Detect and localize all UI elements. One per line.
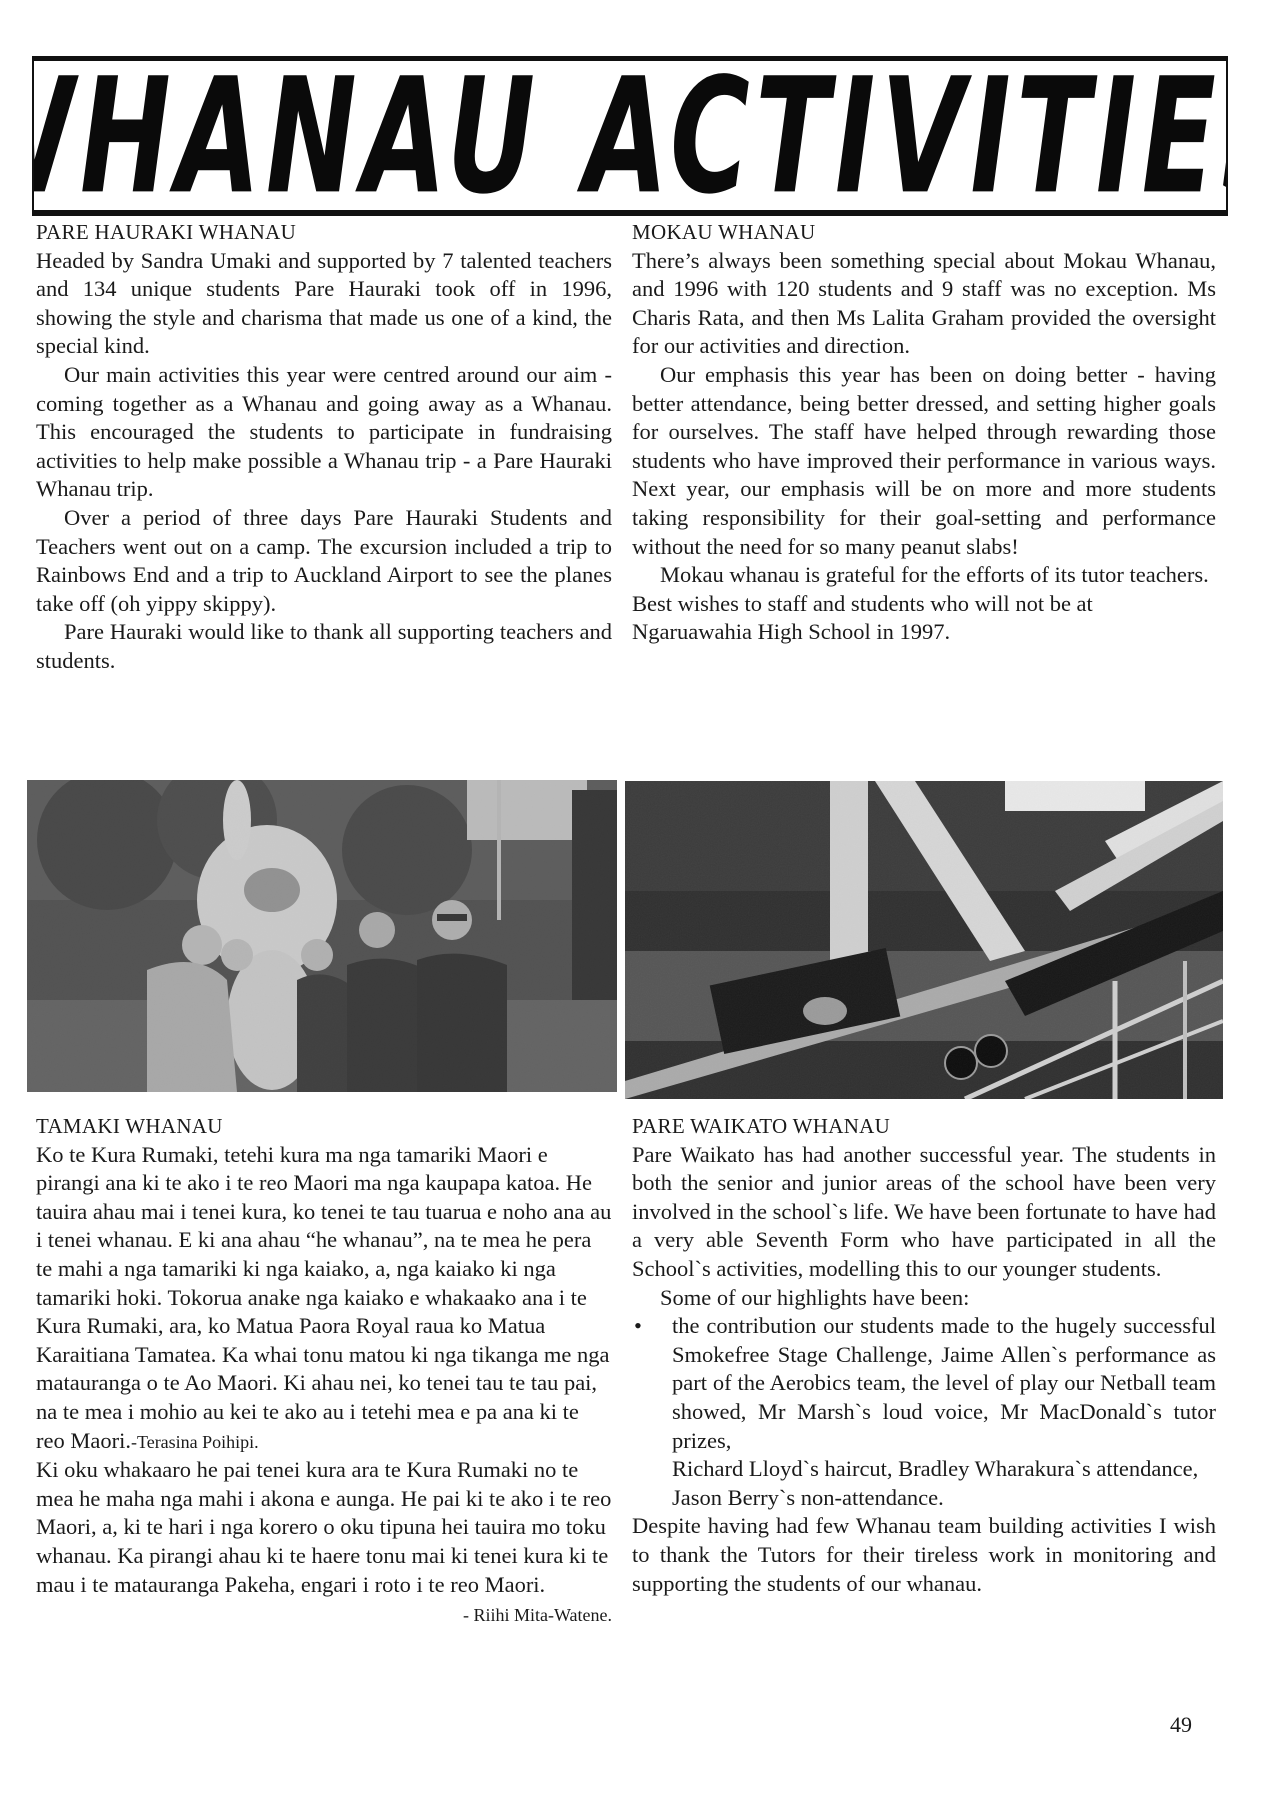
section-heading: PARE HAURAKI WHANAU [36, 218, 612, 247]
paragraph: Ki oku whakaaro he pai tenei kura ara te… [36, 1456, 612, 1599]
attribution: - Riihi Mita-Watene. [463, 1601, 612, 1630]
paragraph: Some of our highlights have been: [632, 1284, 1216, 1313]
highlight-list-item: • the contribution our students made to … [632, 1312, 1216, 1455]
section-tamaki: TAMAKI WHANAU Ko te Kura Rumaki, tetehi … [36, 1112, 612, 1630]
section-heading: TAMAKI WHANAU [36, 1112, 612, 1141]
section-heading: MOKAU WHANAU [632, 218, 1216, 247]
mascot-group-photo-icon [27, 780, 617, 1092]
section-pare-hauraki: PARE HAURAKI WHANAU Headed by Sandra Uma… [36, 218, 612, 676]
paragraph: Ko te Kura Rumaki, tetehi kura ma nga ta… [36, 1141, 612, 1457]
paragraph: Over a period of three days Pare Hauraki… [36, 504, 612, 618]
paragraph: Our main activities this year were centr… [36, 361, 612, 504]
paragraph: Pare Hauraki would like to thank all sup… [36, 618, 612, 675]
paragraph: There’s always been something special ab… [632, 247, 1216, 361]
banner-title: WHANAU ACTIVITIES [32, 56, 1228, 215]
photo-roller-coaster [625, 781, 1223, 1099]
section-heading: PARE WAIKATO WHANAU [632, 1112, 1216, 1141]
paragraph: Mokau whanau is grateful for the efforts… [632, 561, 1216, 647]
page-number: 49 [1170, 1712, 1192, 1738]
paragraph: Despite having had few Whanau team build… [632, 1512, 1216, 1598]
bullet-continuation: Richard Lloyd`s haircut, Bradley Wharaku… [632, 1455, 1216, 1512]
photo-mascot-group [27, 780, 617, 1092]
attribution: -Terasina Poihipi. [131, 1432, 259, 1452]
paragraph: Our emphasis this year has been on doing… [632, 361, 1216, 561]
paragraph-text: Ko te Kura Rumaki, tetehi kura ma nga ta… [36, 1142, 611, 1453]
paragraph: Pare Waikato has had another successful … [632, 1141, 1216, 1284]
paragraph: Headed by Sandra Umaki and supported by … [36, 247, 612, 361]
section-mokau: MOKAU WHANAU There’s always been somethi… [632, 218, 1216, 647]
page-banner: WHANAU ACTIVITIES [32, 56, 1228, 216]
bullet-icon: • [634, 1312, 642, 1341]
paragraph-text: Ki oku whakaaro he pai tenei kura ara te… [36, 1457, 611, 1596]
section-pare-waikato: PARE WAIKATO WHANAU Pare Waikato has had… [632, 1112, 1216, 1598]
bullet-text: the contribution our students made to th… [672, 1313, 1216, 1452]
roller-coaster-photo-icon [625, 781, 1223, 1099]
